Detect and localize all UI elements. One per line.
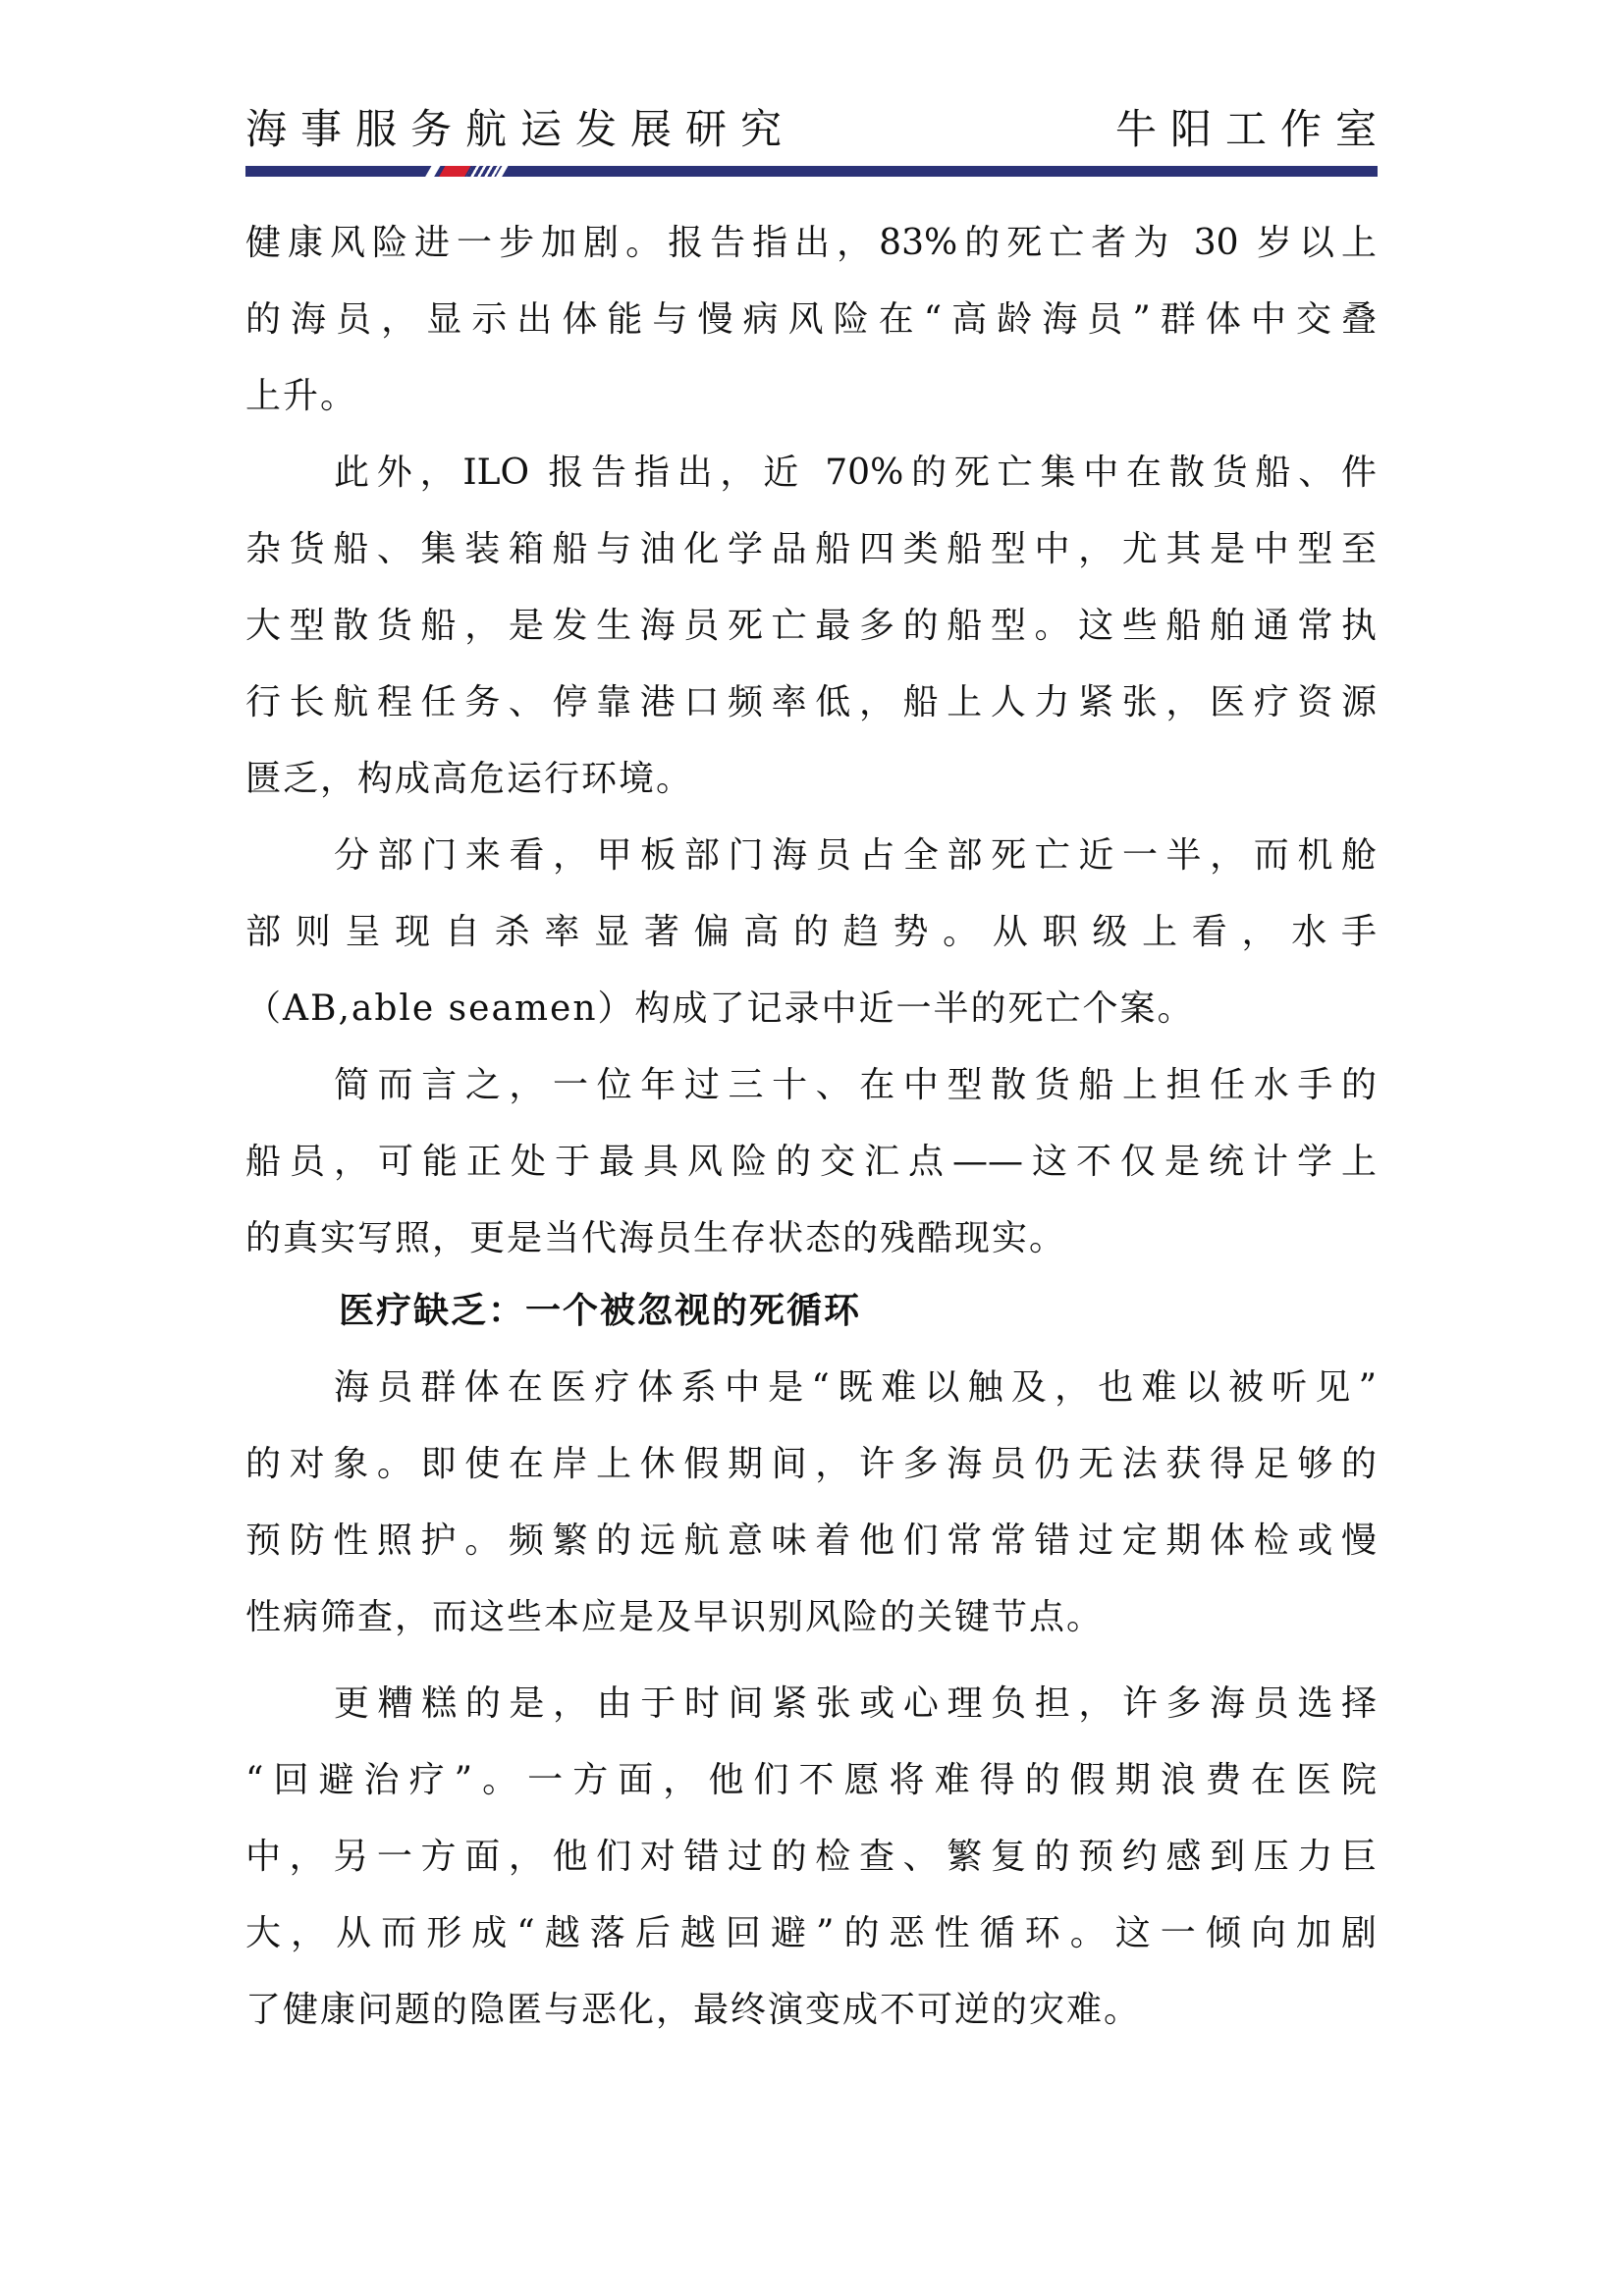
text-line: 此外，ILO 报告指出，近 70%的死亡集中在散货船、件 [334, 452, 1377, 495]
text-line: 部则呈现自杀率显著偏高的趋势。从职级上看，水手 [245, 911, 1377, 954]
text-line: 海员群体在医疗体系中是“既难以触及，也难以被听见” [334, 1366, 1377, 1410]
text-line: 的对象。即使在岸上休假期间，许多海员仍无法获得足够的 [245, 1443, 1377, 1486]
text-line: 行长航程任务、停靠港口频率低，船上人力紧张，医疗资源 [245, 681, 1377, 724]
text-line: 的真实写照，更是当代海员生存状态的残酷现实。 [245, 1217, 1377, 1260]
page-header: 海事服务航运发展研究 牛阳工作室 [245, 102, 1377, 157]
text-line: 大，从而形成“越落后越回避”的恶性循环。这一倾向加剧 [245, 1912, 1377, 1955]
text-line: 简而言之，一位年过三十、在中型散货船上担任水手的 [334, 1064, 1377, 1107]
text-line: 中，另一方面，他们对错过的检查、繁复的预约感到压力巨 [245, 1836, 1377, 1879]
document-page: 海事服务航运发展研究 牛阳工作室 健康风险进一步加剧。报告指出，83%的死亡者为… [0, 0, 1624, 2296]
text-line: 的海员，显示出体能与慢病风险在“高龄海员”群体中交叠 [245, 298, 1377, 342]
text-line: 大型散货船，是发生海员死亡最多的船型。这些船舶通常执 [245, 605, 1377, 648]
publication-title: 海事服务航运发展研究 [245, 102, 795, 157]
text-line: 性病筛查，而这些本应是及早识别风险的关键节点。 [245, 1596, 1377, 1639]
section-heading: 医疗缺乏：一个被忽视的死循环 [339, 1290, 861, 1333]
studio-name: 牛阳工作室 [1115, 102, 1390, 157]
text-line: 杂货船、集装箱船与油化学品船四类船型中，尤其是中型至 [245, 528, 1377, 571]
text-line: 匮乏，构成高危运行环境。 [245, 758, 1377, 801]
text-line: 了健康问题的隐匿与恶化，最终演变成不可逆的灾难。 [245, 1989, 1377, 2032]
text-line: “回避治疗”。一方面，他们不愿将难得的假期浪费在医院 [245, 1759, 1377, 1802]
text-line: 更糟糕的是，由于时间紧张或心理负担，许多海员选择 [334, 1682, 1377, 1726]
text-line: 预防性照护。频繁的远航意味着他们常常错过定期体检或慢 [245, 1520, 1377, 1563]
text-line: （AB,able seamen）构成了记录中近一半的死亡个案。 [245, 988, 1377, 1031]
text-line: 健康风险进一步加剧。报告指出，83%的死亡者为 30 岁以上 [245, 222, 1377, 265]
text-line: 上升。 [245, 375, 1377, 418]
header-rule [245, 166, 1378, 177]
text-line: 船员，可能正处于最具风险的交汇点——这不仅是统计学上 [245, 1141, 1377, 1184]
text-line: 分部门来看，甲板部门海员占全部死亡近一半，而机舱 [334, 834, 1377, 878]
